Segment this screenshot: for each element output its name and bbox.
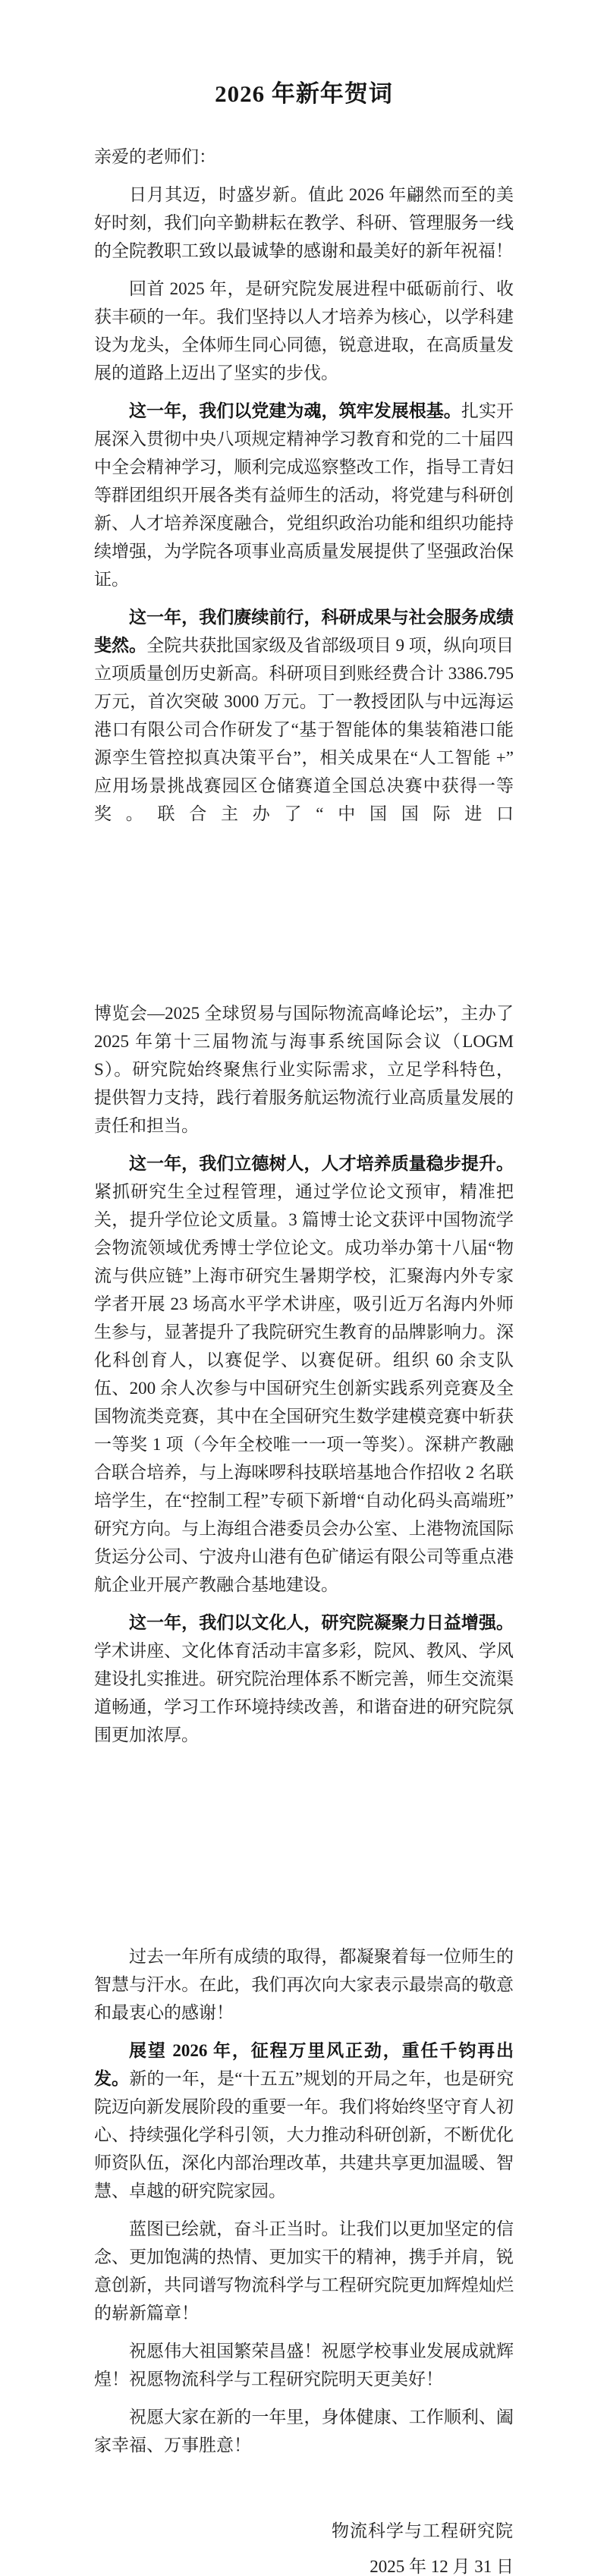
paragraph-text: 博览会—2025 全球贸易与国际物流高峰论坛”，主办了 2025 年第十三届物流… <box>94 1004 514 1135</box>
paragraph-text: 回首 2025 年，是研究院发展进程中砥砺前行、收获丰硕的一年。我们坚持以人才培… <box>94 279 514 382</box>
date: 2025 年 12 月 31 日 <box>94 2552 514 2576</box>
paragraph-text: 过去一年所有成绩的取得，都凝聚着每一位师生的智慧与汗水。在此，我们再次向大家表示… <box>94 1947 514 2022</box>
paragraph-review-2025: 回首 2025 年，是研究院发展进程中砥砺前行、收获丰硕的一年。我们坚持以人才培… <box>94 275 514 387</box>
paragraph-lead: 这一年，我们以党建为魂，筑牢发展根基。 <box>129 401 461 420</box>
paragraph-blueprint: 蓝图已绘就，奋斗正当时。让我们以更加坚定的信念、更加饱满的热情、更加实干的精神，… <box>94 2215 514 2327</box>
paragraph-party-building: 这一年，我们以党建为魂，筑牢发展根基。扎实开展深入贯彻中央八项规定精神学习教育和… <box>94 397 514 593</box>
paragraph-lead: 这一年，我们以文化人，研究院凝聚力日益增强。 <box>129 1613 514 1632</box>
paragraph-research-achievements: 这一年，我们赓续前行，科研成果与社会服务成绩斐然。全院共获批国家级及省部级项目 … <box>94 603 514 828</box>
paragraph-text: 新的一年，是“十五五”规划的开局之年，也是研究院迈向新发展阶段的重要一年。我们将… <box>94 2069 514 2200</box>
paragraph-text: 祝愿伟大祖国繁荣昌盛！祝愿学校事业发展成就辉煌！祝愿物流科学与工程研究院明天更美… <box>94 2342 514 2389</box>
document-content: 2026 年新年贺词 亲爱的老师们： 日月其迈，时盛岁新。值此 2026 年翩然… <box>94 0 514 2576</box>
paragraph-opening: 日月其迈，时盛岁新。值此 2026 年翩然而至的美好时刻，我们向辛勤耕耘在教学、… <box>94 181 514 265</box>
paragraph-wishes-everyone: 祝愿大家在新的一年里，身体健康、工作顺利、阖家幸福、万事胜意！ <box>94 2403 514 2459</box>
paragraph-text: 全院共获批国家级及省部级项目 9 项，纵向项目立项质量创历史新高。科研项目到账经… <box>94 636 514 823</box>
document-page: 2026 年新年贺词 亲爱的老师们： 日月其迈，时盛岁新。值此 2026 年翩然… <box>0 0 607 2576</box>
paragraph-text: 紧抓研究生全过程管理，通过学位论文预审，精准把关，提升学位论文质量。3 篇博士论… <box>94 1182 514 1594</box>
paragraph-research-achievements-continued: 博览会—2025 全球贸易与国际物流高峰论坛”，主办了 2025 年第十三届物流… <box>94 999 514 1140</box>
paragraph-lead: 这一年，我们立德树人，人才培养质量稳步提升。 <box>129 1154 514 1173</box>
paragraph-talent-cultivation: 这一年，我们立德树人，人才培养质量稳步提升。紧抓研究生全过程管理，通过学位论文预… <box>94 1150 514 1599</box>
paragraph-text: 祝愿大家在新的一年里，身体健康、工作顺利、阖家幸福、万事胜意！ <box>94 2408 514 2455</box>
paragraph-text: 日月其迈，时盛岁新。值此 2026 年翩然而至的美好时刻，我们向辛勤耕耘在教学、… <box>94 185 514 260</box>
signature: 物流科学与工程研究院 <box>94 2517 514 2545</box>
paragraph-gratitude: 过去一年所有成绩的取得，都凝聚着每一位师生的智慧与汗水。在此，我们再次向大家表示… <box>94 1942 514 2027</box>
salutation: 亲爱的老师们： <box>94 143 514 171</box>
paragraph-wishes-country: 祝愿伟大祖国繁荣昌盛！祝愿学校事业发展成就辉煌！祝愿物流科学与工程研究院明天更美… <box>94 2337 514 2393</box>
document-title: 2026 年新年贺词 <box>94 0 514 110</box>
paragraph-culture: 这一年，我们以文化人，研究院凝聚力日益增强。学术讲座、文化体育活动丰富多彩，院风… <box>94 1609 514 1749</box>
paragraph-text: 蓝图已绘就，奋斗正当时。让我们以更加坚定的信念、更加饱满的热情、更加实干的精神，… <box>94 2219 514 2323</box>
paragraph-outlook-2026: 展望 2026 年，征程万里风正劲，重任千钧再出发。新的一年，是“十五五”规划的… <box>94 2037 514 2205</box>
paragraph-text: 学术讲座、文化体育活动丰富多彩，院风、教风、学风建设扎实推进。研究院治理体系不断… <box>94 1641 514 1744</box>
paragraph-text: 扎实开展深入贯彻中央八项规定精神学习教育和党的二十届四中全会精神学习，顺利完成巡… <box>94 401 514 589</box>
